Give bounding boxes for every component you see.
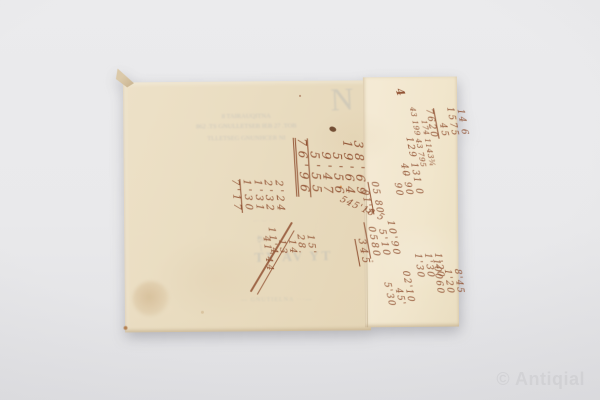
showthrough-large-glyph: N (330, 81, 355, 119)
paper-scene: N8 TAIRAUQITNA862 .TS GNULLETSEB IEB 27 … (0, 0, 600, 400)
paper-speck (371, 260, 373, 262)
showthrough-print-line: 862 .TS GNULLETSEB IEB 27 .TOB (196, 122, 297, 130)
showthrough-layer: N8 TAIRAUQITNA862 .TS GNULLETSEB IEB 27 … (0, 0, 598, 3)
paper-speck (299, 95, 301, 97)
corner-stain-dot (123, 325, 128, 330)
showthrough-print-line: 8 TAIRAUQITNA (222, 113, 271, 120)
paper-speck (201, 311, 204, 314)
ink-cluster-col-sum-main: 38'6919'645'569'475'5576'96 (293, 138, 367, 200)
folded-corner (116, 68, 134, 87)
showthrough-print-line: TLLETSEG GNUNHCER NI (207, 135, 285, 143)
ink-line: 76'96 (293, 138, 312, 197)
showthrough-bottom-line: — GNUTIELNA ···— (241, 297, 312, 304)
ink-cluster-col-130s: 1'201'301'30 (412, 253, 446, 279)
ink-cluster-col-sum-small: 2'242'321'311'307'17 (229, 179, 285, 214)
product-photo: N8 TAIRAUQITNA862 .TS GNULLETSEB IEB 27 … (0, 0, 600, 400)
watermark-text: © Antiqial (496, 369, 585, 390)
handwriting-layer: 38'6919'645'569'475'5576'962'242'321'311… (0, 0, 598, 3)
showthrough-tiny-line: –·· ·–· ··– (253, 218, 275, 224)
paper-stain (133, 281, 169, 316)
